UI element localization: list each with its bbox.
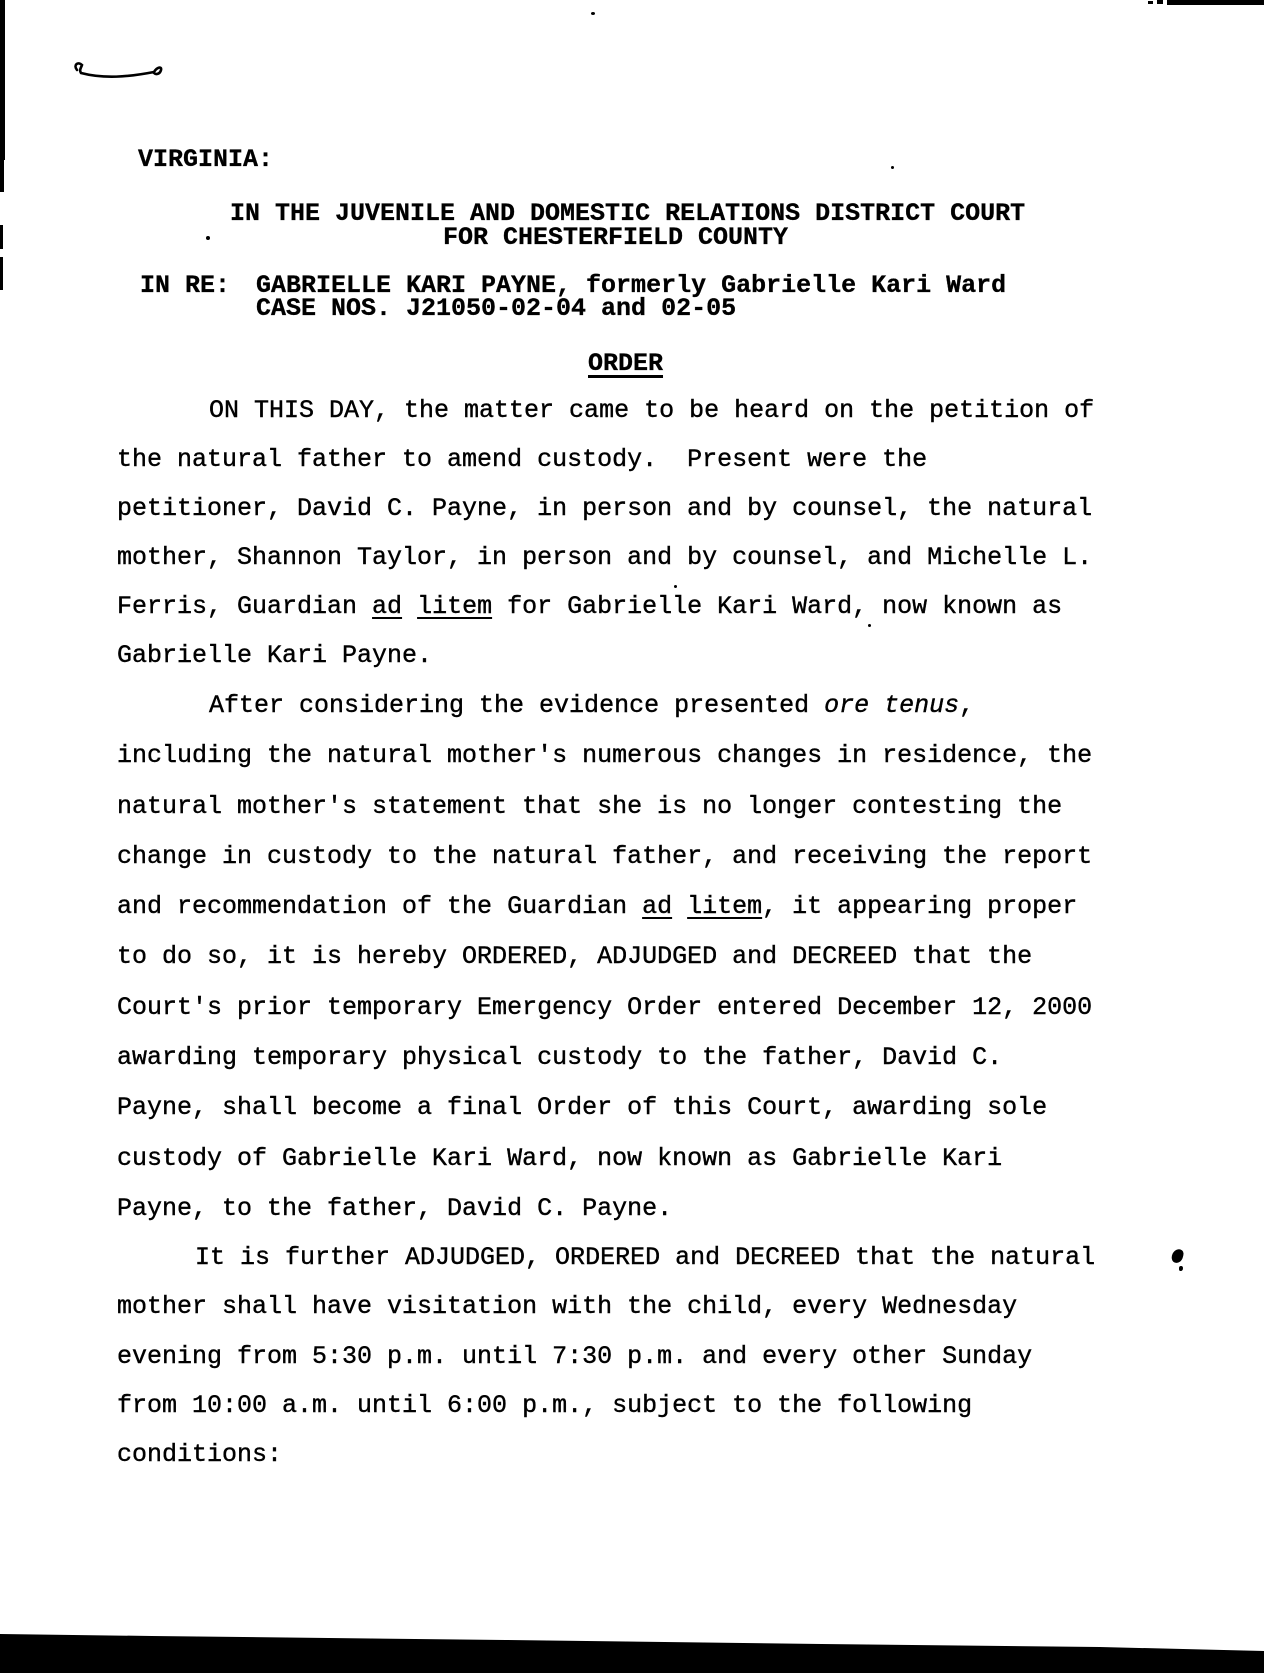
text-line: evening from 5:30 p.m. until 7:30 p.m. a… xyxy=(117,1332,1095,1381)
text-run: natural mother's statement that she is n… xyxy=(117,792,1062,821)
text-run: to do so, it is hereby ORDERED, ADJUDGED… xyxy=(117,942,1032,971)
paragraph-appearances: ON THIS DAY, the matter came to be heard… xyxy=(117,386,1094,680)
left-edge-scan-bar-segment xyxy=(0,160,4,192)
text-run: Court's prior temporary Emergency Order … xyxy=(117,993,1092,1022)
top-right-scan-line xyxy=(1167,0,1264,5)
text-line: change in custody to the natural father,… xyxy=(117,832,1092,882)
text-run: evening from 5:30 p.m. until 7:30 p.m. a… xyxy=(117,1342,1032,1371)
text-line: mother, Shannon Taylor, in person and by… xyxy=(117,533,1094,582)
text-run: from 10:00 a.m. until 6:00 p.m., subject… xyxy=(117,1391,972,1420)
scan-speck xyxy=(206,236,210,240)
text-run: , it appearing proper xyxy=(762,892,1077,921)
text-line: natural mother's statement that she is n… xyxy=(117,782,1092,832)
text-run: and recommendation of the Guardian xyxy=(117,892,642,921)
in-re-label: IN RE: xyxy=(140,271,230,301)
text-line: awarding temporary physical custody to t… xyxy=(117,1033,1092,1083)
underlined-text: litem xyxy=(417,592,492,621)
paragraph-custody-order: After considering the evidence presented… xyxy=(117,681,1092,1234)
top-right-scan-dash xyxy=(1148,1,1153,4)
left-edge-scan-dash xyxy=(0,257,3,290)
text-run: It is further ADJUDGED, ORDERED and DECR… xyxy=(195,1243,1095,1272)
text-line: Gabrielle Kari Payne. xyxy=(117,631,1094,680)
text-line: conditions: xyxy=(117,1430,1095,1479)
text-line: It is further ADJUDGED, ORDERED and DECR… xyxy=(117,1233,1095,1282)
text-run: ON THIS DAY, the matter came to be heard… xyxy=(209,396,1094,425)
text-run: After considering the evidence presented xyxy=(209,691,824,720)
left-edge-scan-bar xyxy=(0,0,5,160)
text-run: , xyxy=(959,691,974,720)
text-line: and recommendation of the Guardian ad li… xyxy=(117,882,1092,932)
text-run: Payne, shall become a final Order of thi… xyxy=(117,1093,1047,1122)
text-line: Court's prior temporary Emergency Order … xyxy=(117,983,1092,1033)
text-run: mother shall have visitation with the ch… xyxy=(117,1292,1017,1321)
text-run: custody of Gabrielle Kari Ward, now know… xyxy=(117,1144,1002,1173)
text-run: for Gabrielle Kari Ward, now known as xyxy=(492,592,1062,621)
text-run: including the natural mother's numerous … xyxy=(117,741,1092,770)
text-run xyxy=(402,592,417,621)
text-line: Payne, to the father, David C. Payne. xyxy=(117,1184,1092,1234)
order-title: ORDER xyxy=(588,349,663,379)
text-line: ON THIS DAY, the matter came to be heard… xyxy=(117,386,1094,435)
top-right-scan-dash xyxy=(1157,0,1163,4)
paragraph-visitation-order: It is further ADJUDGED, ORDERED and DECR… xyxy=(117,1233,1095,1479)
scan-speck xyxy=(891,166,894,169)
case-numbers: CASE NOS. J21050-02-04 and 02-05 xyxy=(256,294,736,324)
text-line: Ferris, Guardian ad litem for Gabrielle … xyxy=(117,582,1094,631)
text-run: mother, Shannon Taylor, in person and by… xyxy=(117,543,1092,572)
text-line: Payne, shall become a final Order of thi… xyxy=(117,1083,1092,1133)
underlined-text: ad xyxy=(372,592,402,621)
text-run: Payne, to the father, David C. Payne. xyxy=(117,1194,672,1223)
left-edge-scan-dash xyxy=(0,225,3,249)
text-run: awarding temporary physical custody to t… xyxy=(117,1043,1002,1072)
bottom-scan-bar xyxy=(0,1630,1264,1673)
text-line: the natural father to amend custody. Pre… xyxy=(117,435,1094,484)
underlined-text: ad xyxy=(642,892,672,921)
handwritten-tick-mark xyxy=(70,58,170,86)
italic-text: ore tenus xyxy=(824,691,959,720)
ink-blot-tail xyxy=(1179,1266,1183,1271)
text-line: from 10:00 a.m. until 6:00 p.m., subject… xyxy=(117,1381,1095,1430)
text-run: petitioner, David C. Payne, in person an… xyxy=(117,494,1092,523)
text-line: After considering the evidence presented… xyxy=(117,681,1092,731)
text-line: petitioner, David C. Payne, in person an… xyxy=(117,484,1094,533)
ink-blot xyxy=(1170,1248,1184,1264)
scan-speck xyxy=(591,12,595,15)
text-line: custody of Gabrielle Kari Ward, now know… xyxy=(117,1134,1092,1184)
court-name-line2: FOR CHESTERFIELD COUNTY xyxy=(443,223,788,253)
text-run xyxy=(672,892,687,921)
text-run: the natural father to amend custody. Pre… xyxy=(117,445,927,474)
state-label: VIRGINIA: xyxy=(138,145,273,175)
text-line: mother shall have visitation with the ch… xyxy=(117,1282,1095,1331)
text-run: change in custody to the natural father,… xyxy=(117,842,1092,871)
text-line: including the natural mother's numerous … xyxy=(117,731,1092,781)
text-run: Gabrielle Kari Payne. xyxy=(117,641,432,670)
text-run: Ferris, Guardian xyxy=(117,592,372,621)
scanned-court-order-page: VIRGINIA: IN THE JUVENILE AND DOMESTIC R… xyxy=(0,0,1264,1673)
text-run: conditions: xyxy=(117,1440,282,1469)
text-line: to do so, it is hereby ORDERED, ADJUDGED… xyxy=(117,932,1092,982)
underlined-text: litem xyxy=(687,892,762,921)
